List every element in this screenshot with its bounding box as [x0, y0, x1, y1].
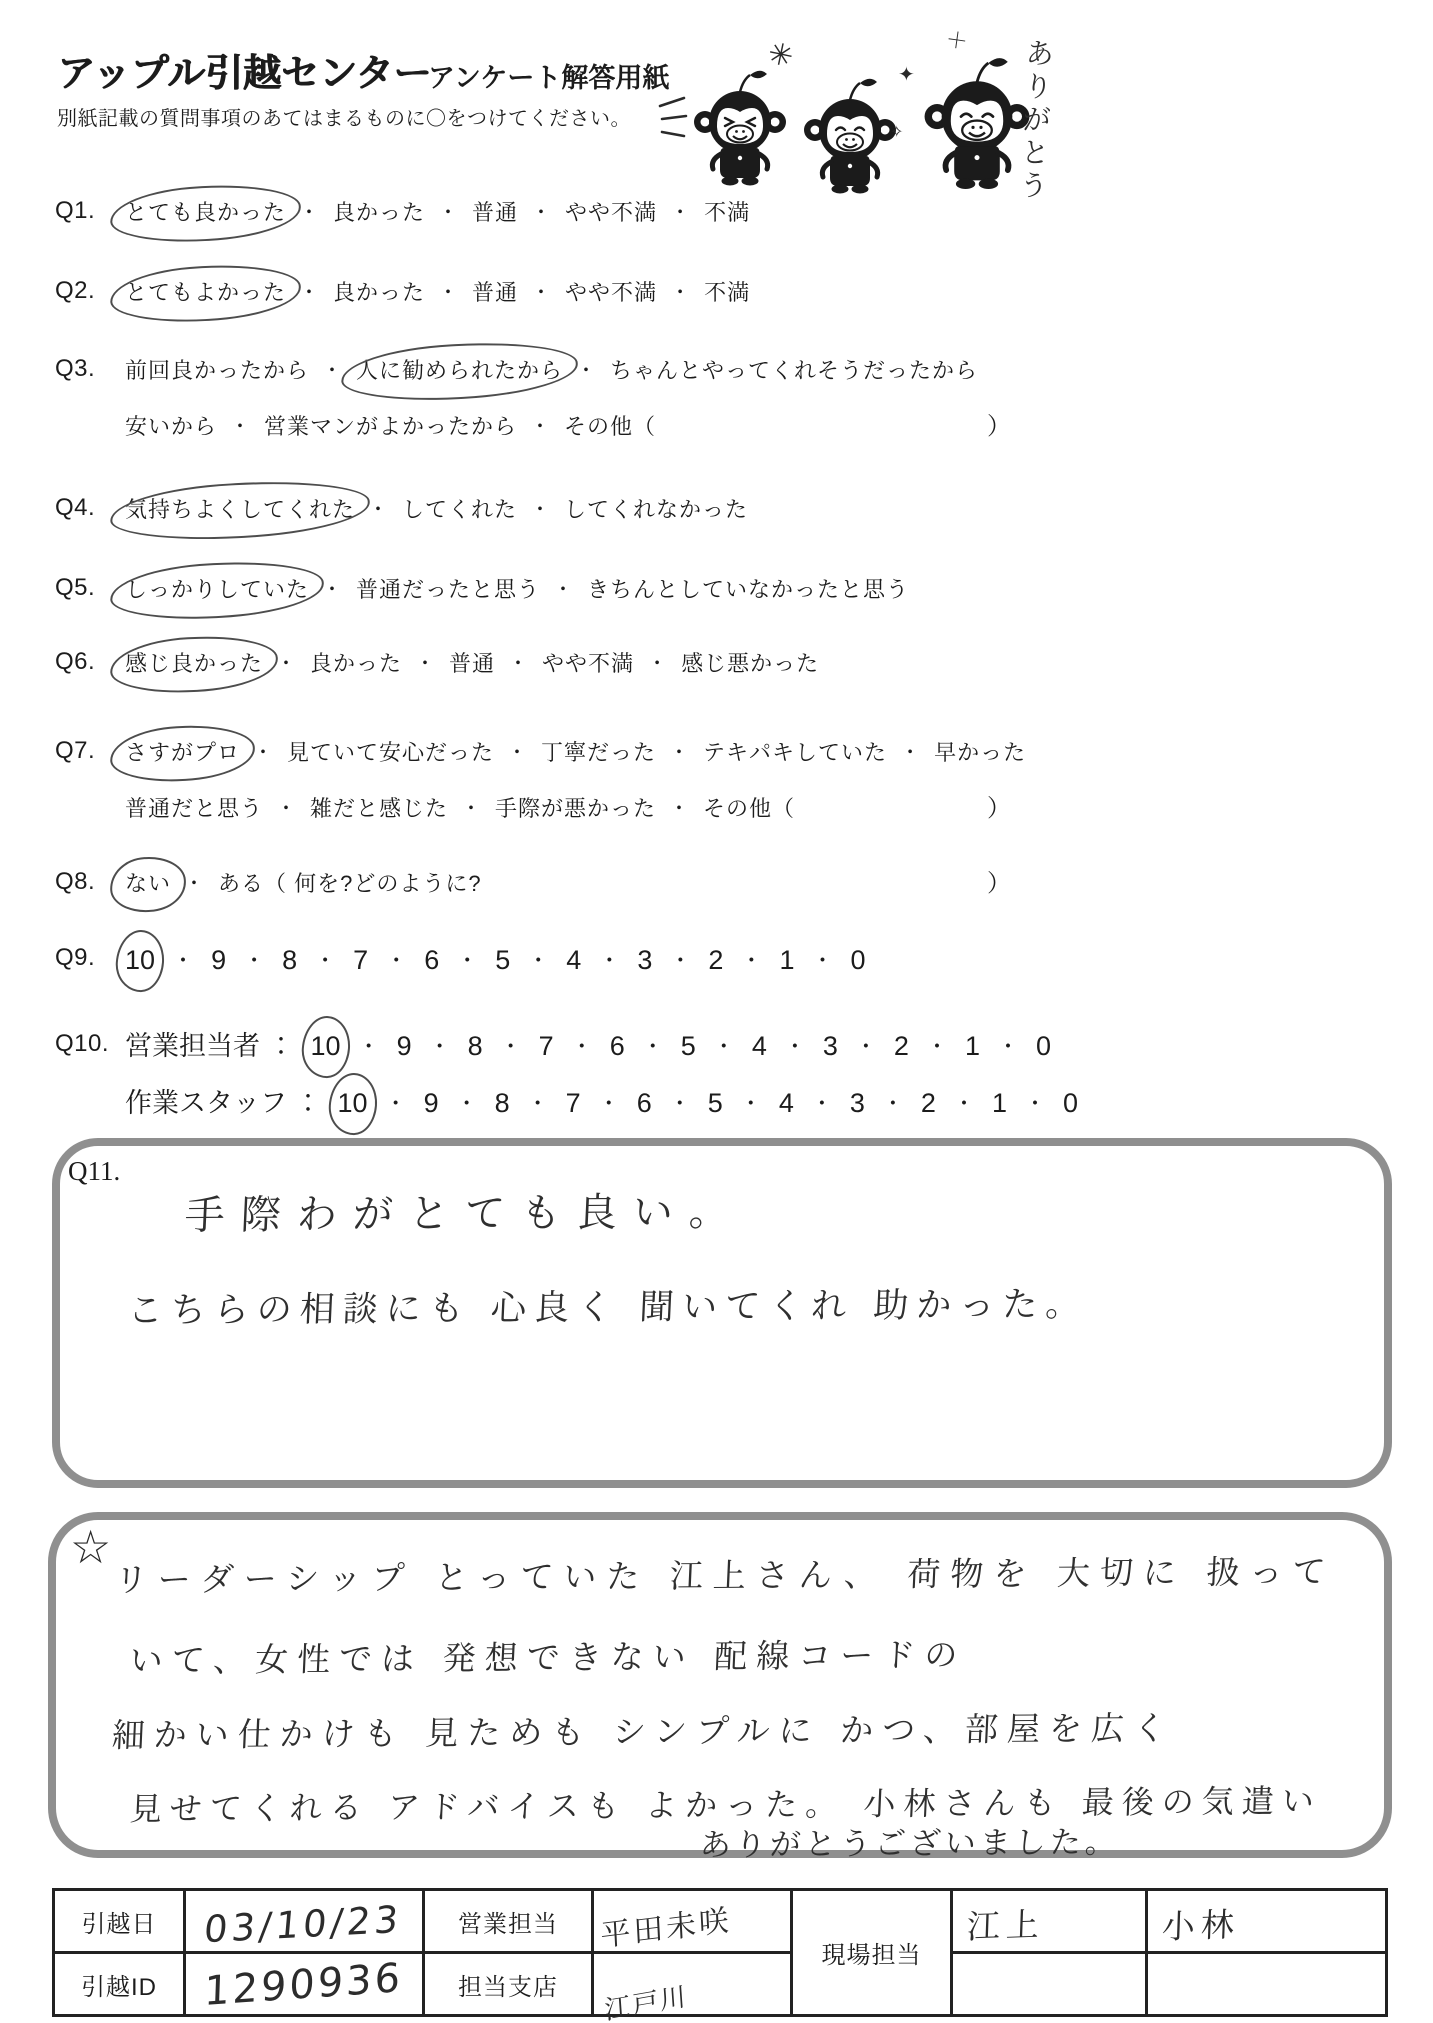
- answer-option-circled[interactable]: 10: [125, 944, 155, 976]
- answer-option[interactable]: 8: [282, 944, 297, 976]
- answer-option[interactable]: ちゃんとやってくれそうだったから: [610, 355, 978, 387]
- option-separator: ・: [740, 1091, 762, 1116]
- answer-option[interactable]: 0: [1036, 1030, 1051, 1062]
- answer-option[interactable]: 見ていて安心だった: [287, 737, 494, 769]
- answer-option[interactable]: 良かった: [333, 277, 425, 309]
- option-separator: ・: [438, 202, 459, 224]
- answer-option[interactable]: その他（: [703, 793, 795, 825]
- option-separator: ・: [230, 416, 251, 438]
- option-separator: ・: [740, 948, 762, 973]
- option-separator: ・: [299, 202, 320, 224]
- answer-option[interactable]: 4: [566, 944, 581, 976]
- answer-option[interactable]: 雑だと感じた: [310, 793, 448, 825]
- option-separator: ・: [855, 1034, 877, 1059]
- option-separator: ・: [368, 499, 389, 521]
- option-separator: ・: [299, 282, 320, 304]
- option-separator: ・: [669, 948, 691, 973]
- option-separator: ・: [598, 1091, 620, 1116]
- option-separator: ・: [456, 948, 478, 973]
- answer-option[interactable]: やや不満: [565, 197, 657, 229]
- question-row: Q9.10・9・8・7・6・5・4・3・2・1・0: [55, 944, 1403, 977]
- question-row: Q2.とてもよかった・良かった・普通・やや不満・不満: [55, 277, 1403, 309]
- answer-option[interactable]: 7: [539, 1030, 554, 1062]
- answer-option[interactable]: その他（: [564, 411, 656, 443]
- answer-option[interactable]: 5: [495, 944, 510, 976]
- option-separator: ・: [507, 742, 528, 764]
- answer-option-circled[interactable]: 10: [311, 1030, 341, 1062]
- answer-option-circled[interactable]: とてもよかった: [125, 277, 286, 309]
- option-separator: ・: [415, 653, 436, 675]
- answer-option[interactable]: 5: [708, 1087, 723, 1119]
- question-number: Q4.: [55, 494, 125, 522]
- question-number: Q5.: [55, 574, 125, 602]
- answer-option[interactable]: 1: [992, 1087, 1007, 1119]
- option-separator: ・: [784, 1034, 806, 1059]
- question-row: Q8.ない・ある（ 何を?どのように?）: [55, 868, 1403, 900]
- answer-option[interactable]: 8: [495, 1087, 510, 1119]
- option-separator: ・: [508, 653, 529, 675]
- answer-option[interactable]: 普通: [472, 197, 518, 229]
- option-separator: ・: [953, 1091, 975, 1116]
- answer-option[interactable]: 9: [424, 1087, 439, 1119]
- answer-option-circled[interactable]: しっかりしていた: [125, 574, 309, 606]
- answer-option[interactable]: 良かった: [310, 648, 402, 680]
- option-separator: ・: [385, 948, 407, 973]
- answer-option[interactable]: 2: [894, 1030, 909, 1062]
- option-separator: ・: [172, 948, 194, 973]
- answer-option[interactable]: 7: [353, 944, 368, 976]
- option-separator: ・: [997, 1034, 1019, 1059]
- answer-option[interactable]: 安いから: [125, 411, 217, 443]
- option-separator: ・: [243, 948, 265, 973]
- question-number: Q8.: [55, 868, 125, 896]
- close-paren: ）: [987, 411, 1012, 443]
- sales-rep-label: 営業担当: [424, 1890, 593, 1953]
- answer-option-circled[interactable]: 感じ良かった: [125, 648, 263, 680]
- answer-option[interactable]: 普通: [449, 648, 495, 680]
- option-separator: ・: [669, 798, 690, 820]
- close-paren: ）: [987, 868, 1012, 900]
- answer-option[interactable]: 4: [779, 1087, 794, 1119]
- option-group-label: 営業担当者 ：: [125, 1031, 295, 1061]
- option-separator: ・: [670, 202, 691, 224]
- answer-option[interactable]: 3: [823, 1030, 838, 1062]
- option-separator: ・: [669, 1091, 691, 1116]
- answer-option-circled[interactable]: 10: [338, 1087, 368, 1119]
- answer-option[interactable]: 6: [424, 944, 439, 976]
- option-separator: ・: [571, 1034, 593, 1059]
- option-separator: ・: [184, 873, 205, 895]
- option-separator: ・: [530, 499, 551, 521]
- answer-option[interactable]: 普通だと思う: [125, 793, 263, 825]
- answer-option[interactable]: 不満: [704, 277, 750, 309]
- option-separator: ・: [276, 798, 297, 820]
- option-separator: ・: [713, 1034, 735, 1059]
- option-separator: ・: [900, 742, 921, 764]
- answer-option[interactable]: 2: [708, 944, 723, 976]
- option-separator: ・: [456, 1091, 478, 1116]
- option-separator: ・: [527, 1091, 549, 1116]
- answer-option[interactable]: 3: [850, 1087, 865, 1119]
- move-date-label: 引越日: [54, 1890, 185, 1953]
- answer-option-circled[interactable]: 人に勧められたから: [356, 355, 563, 387]
- move-date-value: 03/10/23: [185, 1890, 424, 1953]
- handwritten-comment-line: リーダーシップ とっていた 江上さん、 荷物を 大切に 扱って: [114, 1546, 1337, 1602]
- site-staff-1-value: 江上: [952, 1890, 1147, 1953]
- option-separator: ・: [314, 948, 336, 973]
- answer-option[interactable]: 9: [211, 944, 226, 976]
- survey-page: アップル引越センター アンケート解答用紙 別紙記載の質問事項のあてはまるものに〇…: [0, 0, 1433, 2023]
- answer-option-circled[interactable]: さすがプロ: [125, 737, 240, 769]
- answer-option[interactable]: 1: [779, 944, 794, 976]
- option-separator: ・: [253, 742, 274, 764]
- question-row: Q5.しっかりしていた・普通だったと思う・きちんとしていなかったと思う: [55, 574, 1403, 606]
- answer-option[interactable]: 9: [397, 1030, 412, 1062]
- answer-option[interactable]: 5: [681, 1030, 696, 1062]
- question-number: Q1.: [55, 197, 125, 225]
- answer-option[interactable]: 良かった: [333, 197, 425, 229]
- question-number: Q10.: [55, 1030, 125, 1058]
- option-separator: ・: [576, 360, 597, 382]
- question-number: Q11.: [68, 1156, 120, 1187]
- option-separator: ・: [642, 1034, 664, 1059]
- star-icon: ☆: [70, 1520, 111, 1574]
- table-row: 引越ID 1290936 担当支店 江戸川: [54, 1953, 1387, 2016]
- answer-option[interactable]: 2: [921, 1087, 936, 1119]
- handwritten-comment-line: こちらの相談にも 心良く 聞いてくれ 助かった。: [127, 1277, 1090, 1334]
- answer-option[interactable]: やや不満: [542, 648, 634, 680]
- question-number: Q7.: [55, 737, 125, 765]
- answer-option[interactable]: 6: [637, 1087, 652, 1119]
- question-row: Q3.前回良かったから・人に勧められたから・ちゃんとやってくれそうだったから安い…: [55, 355, 1403, 443]
- move-id-label: 引越ID: [54, 1953, 185, 2016]
- option-separator: ・: [811, 948, 833, 973]
- question-row: Q6.感じ良かった・良かった・普通・やや不満・感じ悪かった: [55, 648, 1403, 680]
- option-separator: ・: [530, 416, 551, 438]
- answer-option[interactable]: 0: [1063, 1087, 1078, 1119]
- handwritten-comment-line: いて、女性では 発想できない 配線コードの: [129, 1629, 968, 1682]
- option-separator: ・: [553, 579, 574, 601]
- answer-option[interactable]: 0: [850, 944, 865, 976]
- sales-rep-value: 平田未咲: [593, 1890, 792, 1953]
- answer-option[interactable]: 1: [965, 1030, 980, 1062]
- answer-option[interactable]: 不満: [704, 197, 750, 229]
- handwritten-comment-line: ありがとうございました。: [699, 1817, 1121, 1865]
- answer-option-circled[interactable]: とても良かった: [125, 197, 286, 229]
- answer-option[interactable]: 8: [468, 1030, 483, 1062]
- option-separator: ・: [598, 948, 620, 973]
- answer-option[interactable]: 普通だったと思う: [356, 574, 540, 606]
- option-separator: ・: [322, 360, 343, 382]
- option-separator: ・: [385, 1091, 407, 1116]
- answer-option[interactable]: ある（ 何を?どのように?: [218, 868, 482, 900]
- handwritten-comment-line: 細かい仕かけも 見ためも シンプルに かつ、部屋を広く: [111, 1702, 1177, 1756]
- site-staff-label: 現場担当: [792, 1890, 952, 2016]
- option-separator: ・: [669, 742, 690, 764]
- option-separator: ・: [926, 1034, 948, 1059]
- option-separator: ・: [531, 202, 552, 224]
- question-row: Q7.さすがプロ・見ていて安心だった・丁寧だった・テキパキしていた・早かった普通…: [55, 737, 1403, 825]
- site-staff-2-empty: [1147, 1953, 1387, 2016]
- site-staff-1-empty: [952, 1953, 1147, 2016]
- option-group-label: 作業スタッフ ：: [125, 1088, 322, 1118]
- answer-option[interactable]: 感じ悪かった: [681, 648, 819, 680]
- option-separator: ・: [276, 653, 297, 675]
- option-separator: ・: [358, 1034, 380, 1059]
- option-separator: ・: [531, 282, 552, 304]
- table-row: 引越日 03/10/23 営業担当 平田未咲 現場担当 江上 小林: [54, 1890, 1387, 1953]
- answer-option[interactable]: 丁寧だった: [541, 737, 656, 769]
- option-separator: ・: [811, 1091, 833, 1116]
- answer-option[interactable]: 普通: [472, 277, 518, 309]
- option-separator: ・: [670, 282, 691, 304]
- answer-option[interactable]: 3: [637, 944, 652, 976]
- answer-option[interactable]: 営業マンがよかったから: [264, 411, 517, 443]
- question-number: Q3.: [55, 355, 125, 383]
- option-separator: ・: [527, 948, 549, 973]
- question-row: Q4.気持ちよくしてくれた・してくれた・してくれなかった: [55, 494, 1403, 526]
- answer-option[interactable]: 4: [752, 1030, 767, 1062]
- answer-option[interactable]: 早かった: [934, 737, 1026, 769]
- option-separator: ・: [438, 282, 459, 304]
- handwritten-comment-line: 手際わがとても良い。: [184, 1180, 747, 1241]
- answer-option[interactable]: きちんとしていなかったと思う: [587, 574, 909, 606]
- branch-label: 担当支店: [424, 1953, 593, 2016]
- option-separator: ・: [429, 1034, 451, 1059]
- answer-option[interactable]: 7: [566, 1087, 581, 1119]
- answer-option[interactable]: 6: [610, 1030, 625, 1062]
- question-row: Q1.とても良かった・良かった・普通・やや不満・不満: [55, 197, 1403, 229]
- move-id-value: 1290936: [185, 1953, 424, 2016]
- question-number: Q6.: [55, 648, 125, 676]
- question-row: Q10.営業担当者 ：10・9・8・7・6・5・4・3・2・1・0作業スタッフ …: [55, 1030, 1403, 1120]
- answer-option[interactable]: してくれなかった: [564, 494, 748, 526]
- answer-option[interactable]: やや不満: [565, 277, 657, 309]
- answer-option[interactable]: テキパキしていた: [703, 737, 887, 769]
- question-number: Q9.: [55, 944, 125, 972]
- answer-option-circled[interactable]: 気持ちよくしてくれた: [125, 494, 355, 526]
- answer-option-circled[interactable]: ない: [125, 868, 171, 900]
- branch-value: 江戸川: [593, 1953, 792, 2016]
- question-number: Q2.: [55, 277, 125, 305]
- answer-option[interactable]: 手際が悪かった: [495, 793, 656, 825]
- footer-info-table: 引越日 03/10/23 営業担当 平田未咲 現場担当 江上 小林 引越ID 1…: [52, 1888, 1388, 2017]
- option-separator: ・: [882, 1091, 904, 1116]
- answer-option[interactable]: してくれた: [402, 494, 517, 526]
- option-separator: ・: [1024, 1091, 1046, 1116]
- site-staff-2-value: 小林: [1147, 1890, 1387, 1953]
- option-separator: ・: [500, 1034, 522, 1059]
- option-separator: ・: [461, 798, 482, 820]
- option-separator: ・: [322, 579, 343, 601]
- answer-option[interactable]: 前回良かったから: [125, 355, 309, 387]
- close-paren: ）: [987, 793, 1012, 825]
- option-separator: ・: [647, 653, 668, 675]
